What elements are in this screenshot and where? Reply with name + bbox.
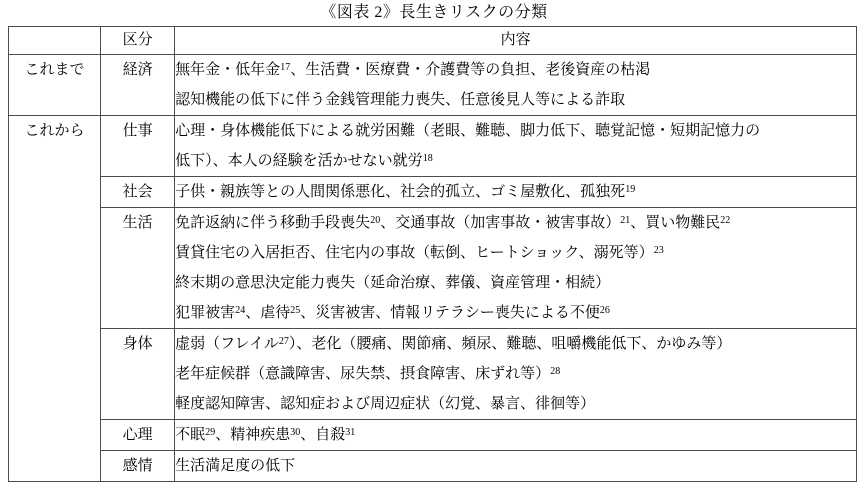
category-cell-mind: 心理: [101, 420, 175, 451]
footnote-ref: 30: [290, 427, 300, 438]
content-line: 終末期の意思決定能力喪失（延命治療、葬儀、資産管理・相続）: [175, 268, 856, 298]
content-line: 軽度認知障害、認知症および周辺症状（幻覚、暴言、徘徊等）: [175, 389, 856, 419]
content-cell-mind: 不眠29、精神疾患30、自殺31: [175, 420, 857, 451]
table-row-society: 社会 子供・親族等との人間関係悪化、社会的孤立、ゴミ屋敷化、孤独死19: [9, 177, 857, 208]
content-line: 認知機能の低下に伴う金銭管理能力喪失、任意後見人等による詐取: [175, 85, 856, 115]
footnote-ref: 24: [235, 305, 245, 316]
footnote-ref: 21: [620, 215, 630, 226]
footnote-ref: 17: [280, 62, 290, 73]
table-row-body: 身体 虚弱（フレイル27）、老化（腰痛、関節痛、頻尿、難聴、咀嚼機能低下、かゆみ…: [9, 329, 857, 420]
content-cell-emotion: 生活満足度の低下: [175, 451, 857, 482]
header-content-cell: 内容: [175, 27, 857, 55]
table-row-mind: 心理 不眠29、精神疾患30、自殺31: [9, 420, 857, 451]
category-cell-emotion: 感情: [101, 451, 175, 482]
content-line: 子供・親族等との人間関係悪化、社会的孤立、ゴミ屋敷化、孤独死19: [175, 177, 856, 207]
content-cell-body: 虚弱（フレイル27）、老化（腰痛、関節痛、頻尿、難聴、咀嚼機能低下、かゆみ等）老…: [175, 329, 857, 420]
footnote-ref: 31: [345, 427, 355, 438]
footnote-ref: 19: [625, 184, 635, 195]
footnote-ref: 18: [423, 153, 433, 164]
content-line: 生活満足度の低下: [175, 451, 856, 481]
table-header-row: 区分 内容: [9, 27, 857, 55]
footnote-ref: 28: [550, 366, 560, 377]
document-page: 《図表 2》長生きリスクの分類 区分 内容 これまで 経済 無年金・低年金17、…: [0, 0, 868, 490]
footnote-ref: 20: [370, 215, 380, 226]
figure-title: 《図表 2》長生きリスクの分類: [0, 0, 868, 26]
table-row-economy: これまで 経済 無年金・低年金17、生活費・医療費・介護費等の負担、老後資産の枯…: [9, 55, 857, 116]
header-period-cell: [9, 27, 101, 55]
table-row-emotion: 感情 生活満足度の低下: [9, 451, 857, 482]
content-line: 無年金・低年金17、生活費・医療費・介護費等の負担、老後資産の枯渇: [175, 55, 856, 85]
footnote-ref: 27: [279, 336, 289, 347]
footnote-ref: 29: [205, 427, 215, 438]
table-row-work: これから 仕事 心理・身体機能低下による就労困難（老眼、難聴、脚力低下、聴覚記憶…: [9, 116, 857, 177]
content-cell-work: 心理・身体機能低下による就労困難（老眼、難聴、脚力低下、聴覚記憶・短期記憶力の低…: [175, 116, 857, 177]
footnote-ref: 25: [290, 305, 300, 316]
category-cell-body: 身体: [101, 329, 175, 420]
footnote-ref: 23: [654, 245, 664, 256]
content-line: 免許返納に伴う移動手段喪失20、交通事故（加害事故・被害事故）21、買い物難民2…: [175, 208, 856, 238]
header-category-cell: 区分: [101, 27, 175, 55]
content-line: 低下）、本人の経験を活かせない就労18: [175, 146, 856, 176]
table-row-life: 生活 免許返納に伴う移動手段喪失20、交通事故（加害事故・被害事故）21、買い物…: [9, 208, 857, 329]
category-cell-life: 生活: [101, 208, 175, 329]
category-cell-economy: 経済: [101, 55, 175, 116]
period-cell-korekara: これから: [9, 116, 101, 482]
footnote-ref: 22: [720, 215, 730, 226]
content-line: 心理・身体機能低下による就労困難（老眼、難聴、脚力低下、聴覚記憶・短期記憶力の: [175, 116, 856, 146]
content-line: 賃貸住宅の入居拒否、住宅内の事故（転倒、ヒートショック、溺死等）23: [175, 238, 856, 268]
category-cell-work: 仕事: [101, 116, 175, 177]
category-cell-society: 社会: [101, 177, 175, 208]
content-cell-society: 子供・親族等との人間関係悪化、社会的孤立、ゴミ屋敷化、孤独死19: [175, 177, 857, 208]
content-line: 犯罪被害24、虐待25、災害被害、情報リテラシー喪失による不便26: [175, 298, 856, 328]
content-line: 虚弱（フレイル27）、老化（腰痛、関節痛、頻尿、難聴、咀嚼機能低下、かゆみ等）: [175, 329, 856, 359]
period-cell-koremade: これまで: [9, 55, 101, 116]
content-cell-life: 免許返納に伴う移動手段喪失20、交通事故（加害事故・被害事故）21、買い物難民2…: [175, 208, 857, 329]
content-line: 老年症候群（意識障害、尿失禁、摂食障害、床ずれ等）28: [175, 359, 856, 389]
footnote-ref: 26: [600, 305, 610, 316]
content-cell-economy: 無年金・低年金17、生活費・医療費・介護費等の負担、老後資産の枯渇認知機能の低下…: [175, 55, 857, 116]
content-line: 不眠29、精神疾患30、自殺31: [175, 420, 856, 450]
longevity-risk-table: 区分 内容 これまで 経済 無年金・低年金17、生活費・医療費・介護費等の負担、…: [8, 26, 857, 482]
